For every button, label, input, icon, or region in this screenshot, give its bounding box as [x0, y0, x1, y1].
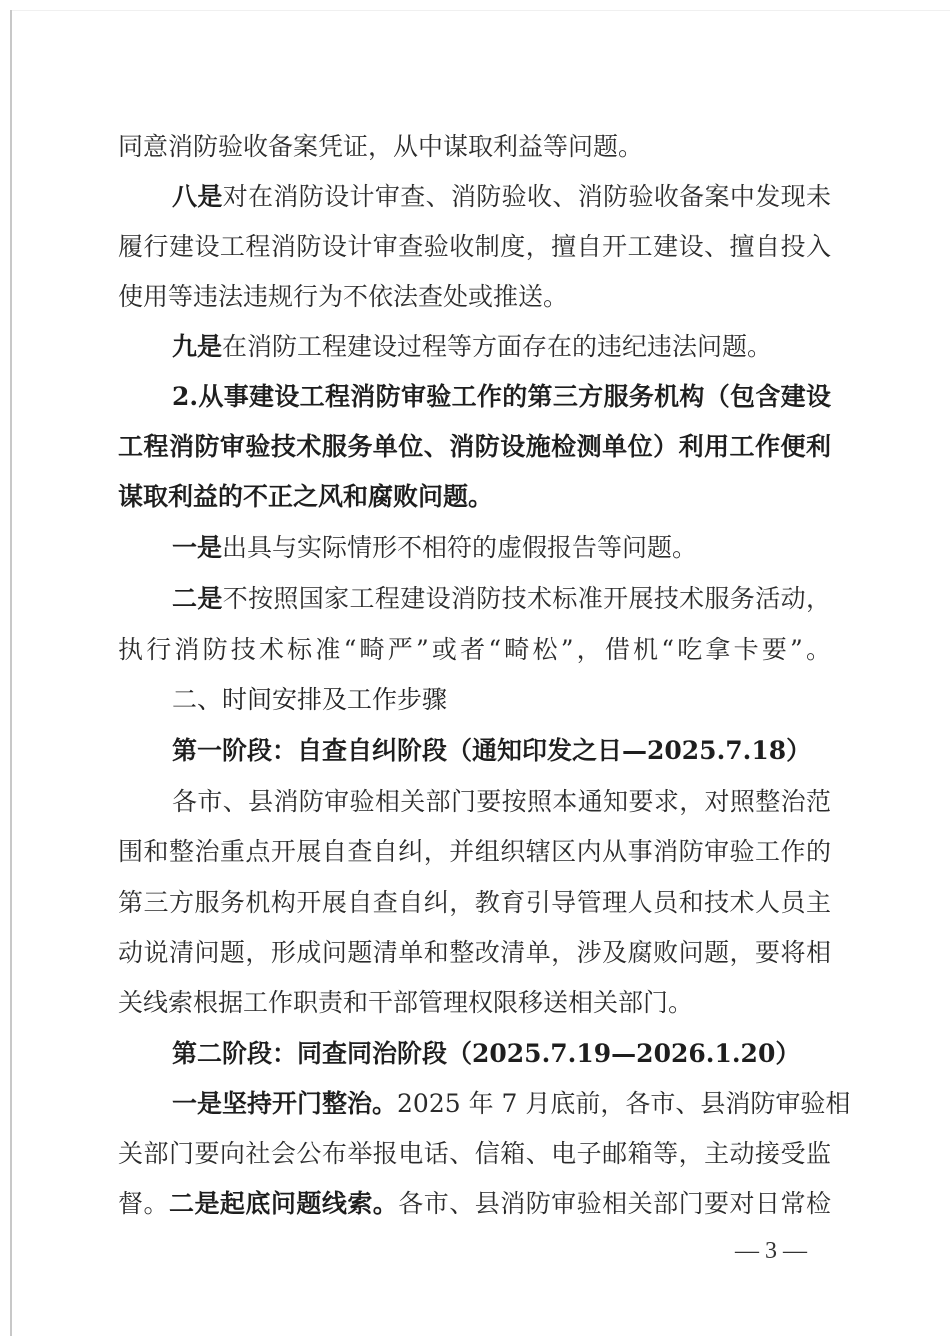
item-label: 二是起底问题线索。	[169, 1189, 398, 1218]
paragraph-line: 督。二是起底问题线索。各市、县消防审验相关部门要对日常检	[118, 1187, 831, 1221]
stage-heading: 第一阶段：自查自纠阶段（通知印发之日—2025.7.18）	[172, 734, 831, 768]
paragraph-line: 履行建设工程消防设计审查验收制度，擅自开工建设、擅自投入	[118, 230, 831, 264]
scan-edge-left	[10, 10, 12, 1336]
paragraph-line: 关线索根据工作职责和干部管理权限移送相关部门。	[118, 986, 831, 1020]
paragraph-line: 各市、县消防审验相关部门要按照本通知要求，对照整治范	[172, 785, 831, 819]
paragraph-line: 动说清问题，形成问题清单和整改清单，涉及腐败问题，要将相	[118, 936, 831, 970]
scan-edge-top	[10, 10, 950, 11]
chapter-heading: 二、时间安排及工作步骤	[172, 683, 831, 717]
item-label: 八是	[172, 182, 223, 211]
item-label: 一是坚持开门整治。	[172, 1089, 397, 1118]
paragraph-line: 二是不按照国家工程建设消防技术标准开展技术服务活动，	[172, 582, 831, 616]
paragraph-line: 关部门要向社会公布举报电话、信箱、电子邮箱等，主动接受监	[118, 1137, 831, 1171]
item-label: 一是	[172, 533, 222, 562]
stage-heading: 第二阶段：同查同治阶段（2025.7.19—2026.1.20）	[172, 1037, 831, 1071]
item-label: 九是	[172, 332, 222, 361]
paragraph-line: 执行消防技术标准“畸严”或者“畸松”，借机“吃拿卡要”。	[118, 633, 831, 667]
section-heading-line: 2.从事建设工程消防审验工作的第三方服务机构（包含建设	[172, 380, 831, 414]
section-heading-line: 工程消防审验技术服务单位、消防设施检测单位）利用工作便利	[118, 430, 831, 464]
section-heading-line: 谋取利益的不正之风和腐败问题。	[118, 480, 831, 514]
paragraph-line: 一是出具与实际情形不相符的虚假报告等问题。	[172, 531, 831, 565]
paragraph-line: 九是在消防工程建设过程等方面存在的违纪违法问题。	[172, 330, 831, 364]
paragraph-line: 使用等违法违规行为不依法查处或推送。	[118, 280, 831, 314]
paragraph-line: 八是对在消防设计审查、消防验收、消防验收备案中发现未	[172, 180, 831, 214]
paragraph-line: 第三方服务机构开展自查自纠，教育引导管理人员和技术人员主	[118, 886, 831, 920]
page-number: — 3 —	[726, 1234, 816, 1268]
paragraph-line: 围和整治重点开展自查自纠，并组织辖区内从事消防审验工作的	[118, 835, 831, 869]
paragraph-line: 同意消防验收备案凭证，从中谋取利益等问题。	[118, 130, 831, 164]
item-label: 二是	[172, 584, 223, 613]
paragraph-line: 一是坚持开门整治。2025 年 7 月底前，各市、县消防审验相	[172, 1087, 831, 1121]
